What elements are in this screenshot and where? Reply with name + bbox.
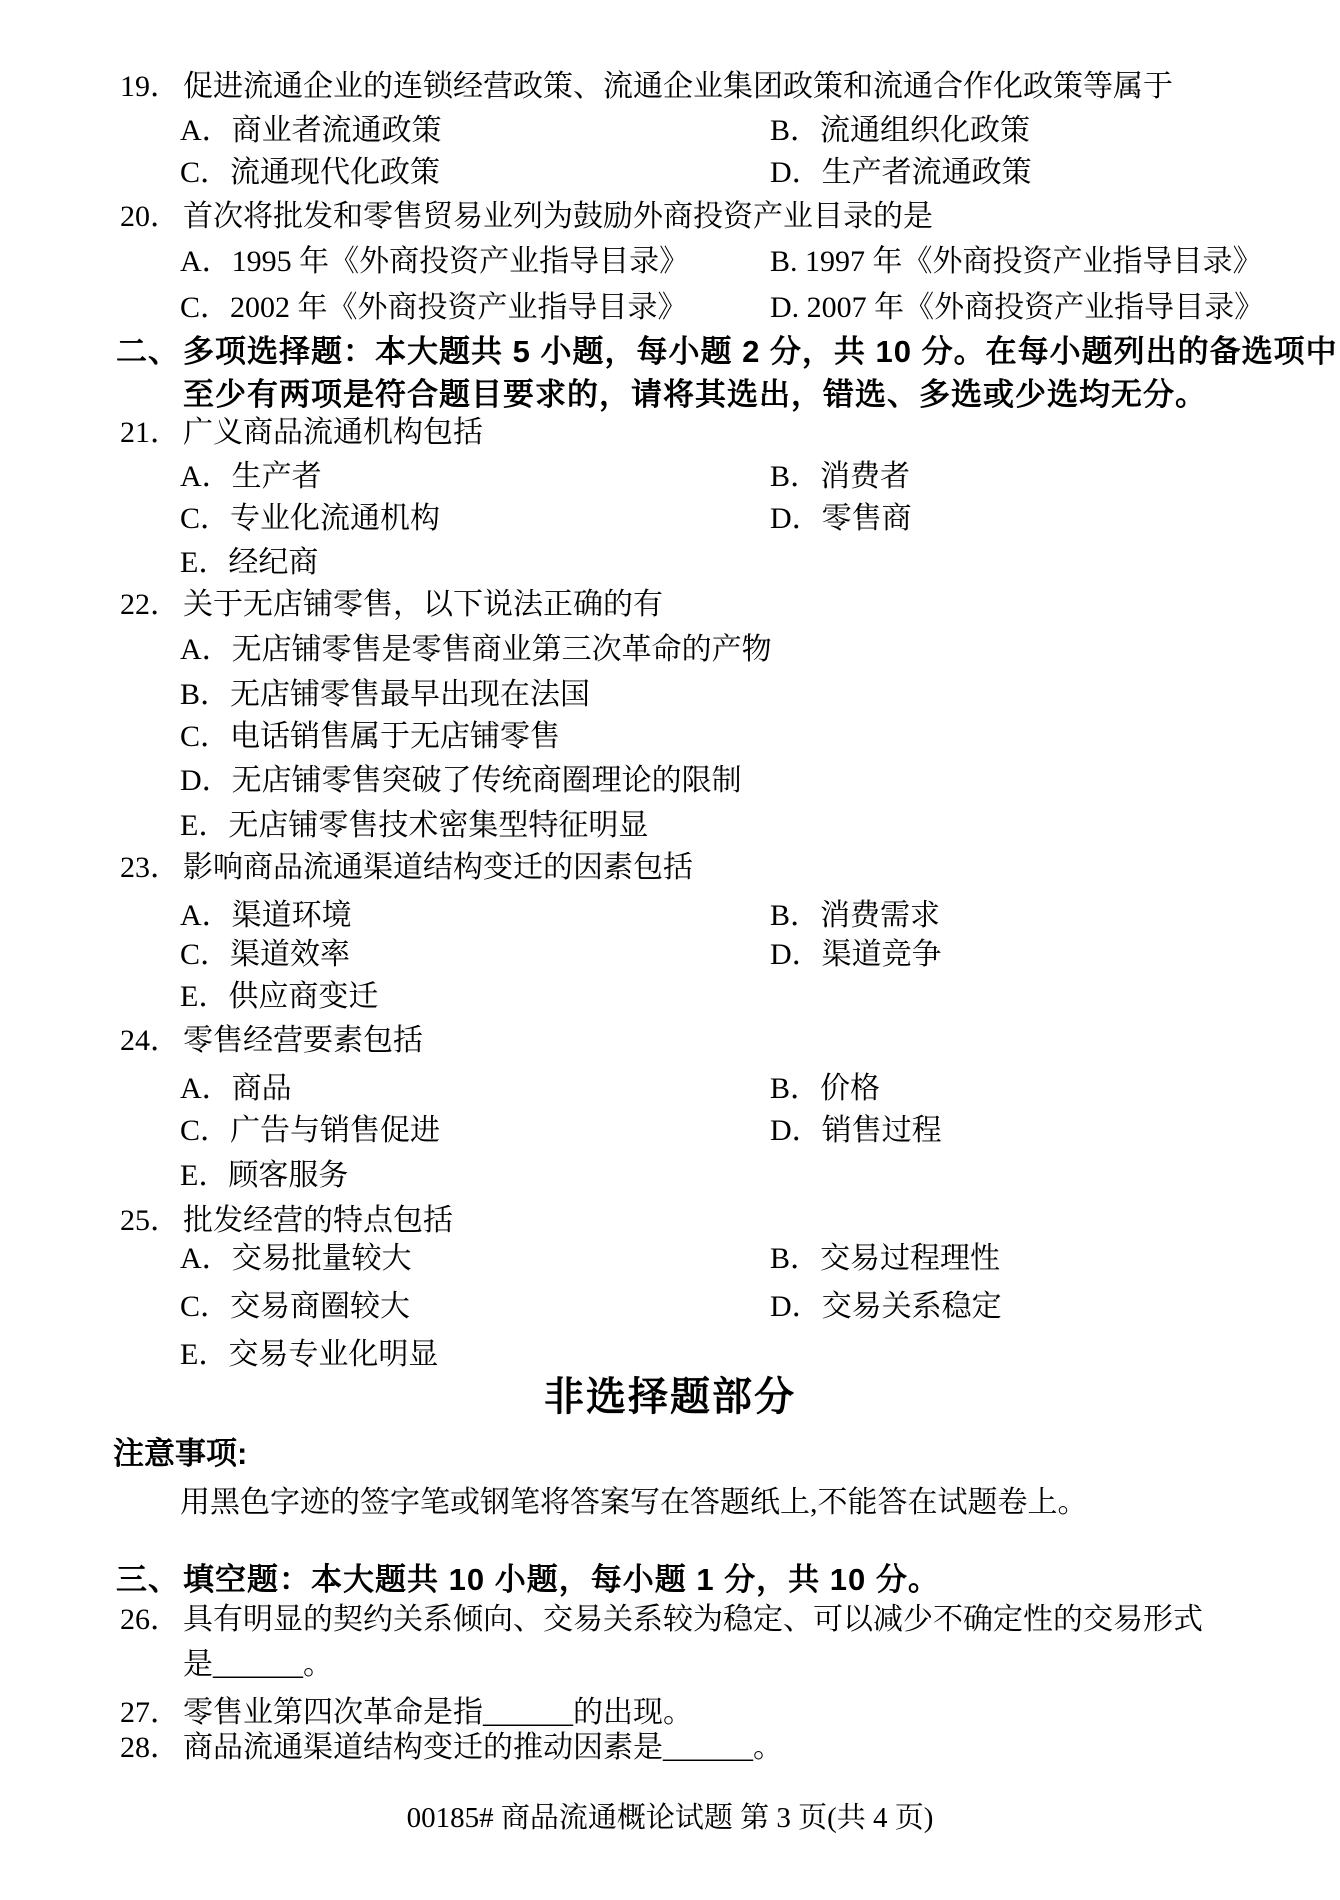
question-20: 20． 首次将批发和零售贸易业列为鼓励外商投资产业目录的是 (0, 191, 1340, 229)
question-24-number: 24． (120, 1015, 180, 1059)
question-25-option-c: C．交易商圈较大 (180, 1281, 410, 1325)
question-21-option-b: B．消费者 (770, 451, 910, 495)
question-21-option-c: C．专业化流通机构 (180, 493, 440, 537)
question-25-option-a: A．交易批量较大 (180, 1233, 412, 1277)
question-26-number: 26． (120, 1594, 180, 1638)
question-25-option-b: B．交易过程理性 (770, 1233, 1000, 1277)
question-23-options-cd: C．渠道效率 D．渠道竞争 (0, 929, 1340, 967)
question-27: 27． 零售业第四次革命是指______的出现。 (0, 1687, 1340, 1725)
question-23: 23． 影响商品流通渠道结构变迁的因素包括 (0, 842, 1340, 880)
question-24-option-a: A．商品 (180, 1063, 292, 1107)
question-22-option-d: D．无店铺零售突破了传统商圈理论的限制 (180, 755, 742, 799)
question-28-text: 商品流通渠道结构变迁的推动因素是______。 (183, 1722, 783, 1766)
question-26-line-1: 26． 具有明显的契约关系倾向、交易关系较为稳定、可以减少不确定性的交易形式 (0, 1594, 1340, 1632)
page-footer: 00185# 商品流通概论试题 第 3 页(共 4 页) (407, 1802, 934, 1834)
question-28-number: 28． (120, 1722, 180, 1766)
question-19-options-ab: A．商业者流通政策 B．流通组织化政策 (0, 105, 1340, 143)
question-24-stem: 零售经营要素包括 (183, 1015, 423, 1059)
question-28: 28． 商品流通渠道结构变迁的推动因素是______。 (0, 1722, 1340, 1760)
section-3-number: 三、 (116, 1554, 180, 1599)
question-24-option-e-row: E．顾客服务 (0, 1150, 1340, 1188)
question-20-options-ab: A．1995 年《外商投资产业指导目录》 B. 1997 年《外商投资产业指导目… (0, 236, 1340, 274)
question-22-option-b-row: B．无店铺零售最早出现在法国 (0, 669, 1340, 707)
question-20-option-a: A．1995 年《外商投资产业指导目录》 (180, 236, 689, 280)
question-25-options-ab: A．交易批量较大 B．交易过程理性 (0, 1233, 1340, 1271)
question-24: 24． 零售经营要素包括 (0, 1015, 1340, 1053)
question-21-number: 21． (120, 407, 180, 451)
question-26-text-line-1: 具有明显的契约关系倾向、交易关系较为稳定、可以减少不确定性的交易形式 (183, 1594, 1203, 1638)
question-22-option-e: E．无店铺零售技术密集型特征明显 (180, 800, 648, 844)
question-26-text-line-2: 是______。 (183, 1639, 333, 1683)
question-24-option-c: C．广告与销售促进 (180, 1105, 440, 1149)
question-21-options-ab: A．生产者 B．消费者 (0, 451, 1340, 489)
question-20-option-b: B. 1997 年《外商投资产业指导目录》 (770, 236, 1263, 280)
question-23-options-ab: A．渠道环境 B．消费需求 (0, 890, 1340, 928)
section-2-header-line-1: 二、 多项选择题：本大题共 5 小题，每小题 2 分，共 10 分。在每小题列出… (0, 326, 1340, 364)
question-21-option-e-row: E．经纪商 (0, 537, 1340, 575)
question-24-option-b: B．价格 (770, 1063, 880, 1107)
question-24-option-e: E．顾客服务 (180, 1150, 348, 1194)
question-20-number: 20． (120, 191, 180, 235)
question-23-option-e: E．供应商变迁 (180, 971, 378, 1015)
question-26-line-2: 是______。 (0, 1639, 1340, 1677)
question-22-option-a-row: A．无店铺零售是零售商业第三次革命的产物 (0, 624, 1340, 662)
question-24-options-cd: C．广告与销售促进 D．销售过程 (0, 1105, 1340, 1143)
section-2-number: 二、 (116, 326, 180, 371)
question-23-option-c: C．渠道效率 (180, 929, 350, 973)
question-21-options-cd: C．专业化流通机构 D．零售商 (0, 493, 1340, 531)
notes-text-row: 用黑色字迹的签字笔或钢笔将答案写在答题纸上,不能答在试题卷上。 (0, 1477, 1340, 1515)
question-22-option-d-row: D．无店铺零售突破了传统商圈理论的限制 (0, 755, 1340, 793)
question-20-stem: 首次将批发和零售贸易业列为鼓励外商投资产业目录的是 (183, 191, 933, 235)
question-22-option-c-row: C．电话销售属于无店铺零售 (0, 711, 1340, 749)
question-19-options-cd: C．流通现代化政策 D．生产者流通政策 (0, 147, 1340, 185)
question-22-option-e-row: E．无店铺零售技术密集型特征明显 (0, 800, 1340, 838)
question-23-number: 23． (120, 842, 180, 886)
question-22: 22． 关于无店铺零售，以下说法正确的有 (0, 579, 1340, 617)
question-23-option-a: A．渠道环境 (180, 890, 352, 934)
notes-label: 注意事项: (113, 1428, 247, 1473)
question-22-stem: 关于无店铺零售，以下说法正确的有 (183, 579, 663, 623)
question-19-option-a: A．商业者流通政策 (180, 105, 442, 149)
question-22-option-c: C．电话销售属于无店铺零售 (180, 711, 560, 755)
question-19-stem: 促进流通企业的连锁经营政策、流通企业集团政策和流通合作化政策等属于 (183, 61, 1173, 105)
question-22-option-a: A．无店铺零售是零售商业第三次革命的产物 (180, 624, 772, 668)
section-2-title-line-1: 多项选择题：本大题共 5 小题，每小题 2 分，共 10 分。在每小题列出的备选… (183, 326, 1338, 371)
exam-page: 19． 促进流通企业的连锁经营政策、流通企业集团政策和流通合作化政策等属于 A．… (0, 0, 1340, 1900)
question-25-option-d: D．交易关系稳定 (770, 1281, 1002, 1325)
question-24-options-ab: A．商品 B．价格 (0, 1063, 1340, 1101)
section-3-header: 三、 填空题：本大题共 10 小题，每小题 1 分，共 10 分。 (0, 1554, 1340, 1592)
question-20-options-cd: C．2002 年《外商投资产业指导目录》 D. 2007 年《外商投资产业指导目… (0, 282, 1340, 320)
notes-label-row: 注意事项: (0, 1428, 1340, 1466)
question-19: 19． 促进流通企业的连锁经营政策、流通企业集团政策和流通合作化政策等属于 (0, 61, 1340, 99)
question-22-number: 22． (120, 579, 180, 623)
question-25-options-cd: C．交易商圈较大 D．交易关系稳定 (0, 1281, 1340, 1319)
question-24-option-d: D．销售过程 (770, 1105, 942, 1149)
question-23-stem: 影响商品流通渠道结构变迁的因素包括 (183, 842, 693, 886)
question-21: 21． 广义商品流通机构包括 (0, 407, 1340, 445)
section-2-header-line-2: 至少有两项是符合题目要求的，请将其选出，错选、多选或少选均无分。 (0, 369, 1340, 407)
question-23-option-d: D．渠道竞争 (770, 929, 942, 973)
question-23-option-b: B．消费需求 (770, 890, 940, 934)
question-20-option-c: C．2002 年《外商投资产业指导目录》 (180, 282, 688, 326)
question-19-option-b: B．流通组织化政策 (770, 105, 1030, 149)
question-19-option-d: D．生产者流通政策 (770, 147, 1032, 191)
question-19-option-c: C．流通现代化政策 (180, 147, 440, 191)
non-choice-heading-row: 非选择题部分 (0, 1365, 1340, 1413)
non-choice-heading: 非选择题部分 (544, 1375, 796, 1419)
question-22-option-b: B．无店铺零售最早出现在法国 (180, 669, 590, 713)
question-23-option-e-row: E．供应商变迁 (0, 971, 1340, 1009)
question-19-number: 19． (120, 61, 180, 105)
notes-text: 用黑色字迹的签字笔或钢笔将答案写在答题纸上,不能答在试题卷上。 (180, 1477, 1088, 1521)
question-21-option-d: D．零售商 (770, 493, 912, 537)
question-21-option-e: E．经纪商 (180, 537, 318, 581)
question-21-stem: 广义商品流通机构包括 (183, 407, 483, 451)
page-footer-row: 00185# 商品流通概论试题 第 3 页(共 4 页) (0, 1795, 1340, 1833)
question-21-option-a: A．生产者 (180, 451, 322, 495)
question-25: 25． 批发经营的特点包括 (0, 1195, 1340, 1233)
question-25-option-e-row: E．交易专业化明显 (0, 1329, 1340, 1367)
section-3-title: 填空题：本大题共 10 小题，每小题 1 分，共 10 分。 (183, 1554, 940, 1599)
question-20-option-d: D. 2007 年《外商投资产业指导目录》 (770, 282, 1264, 326)
